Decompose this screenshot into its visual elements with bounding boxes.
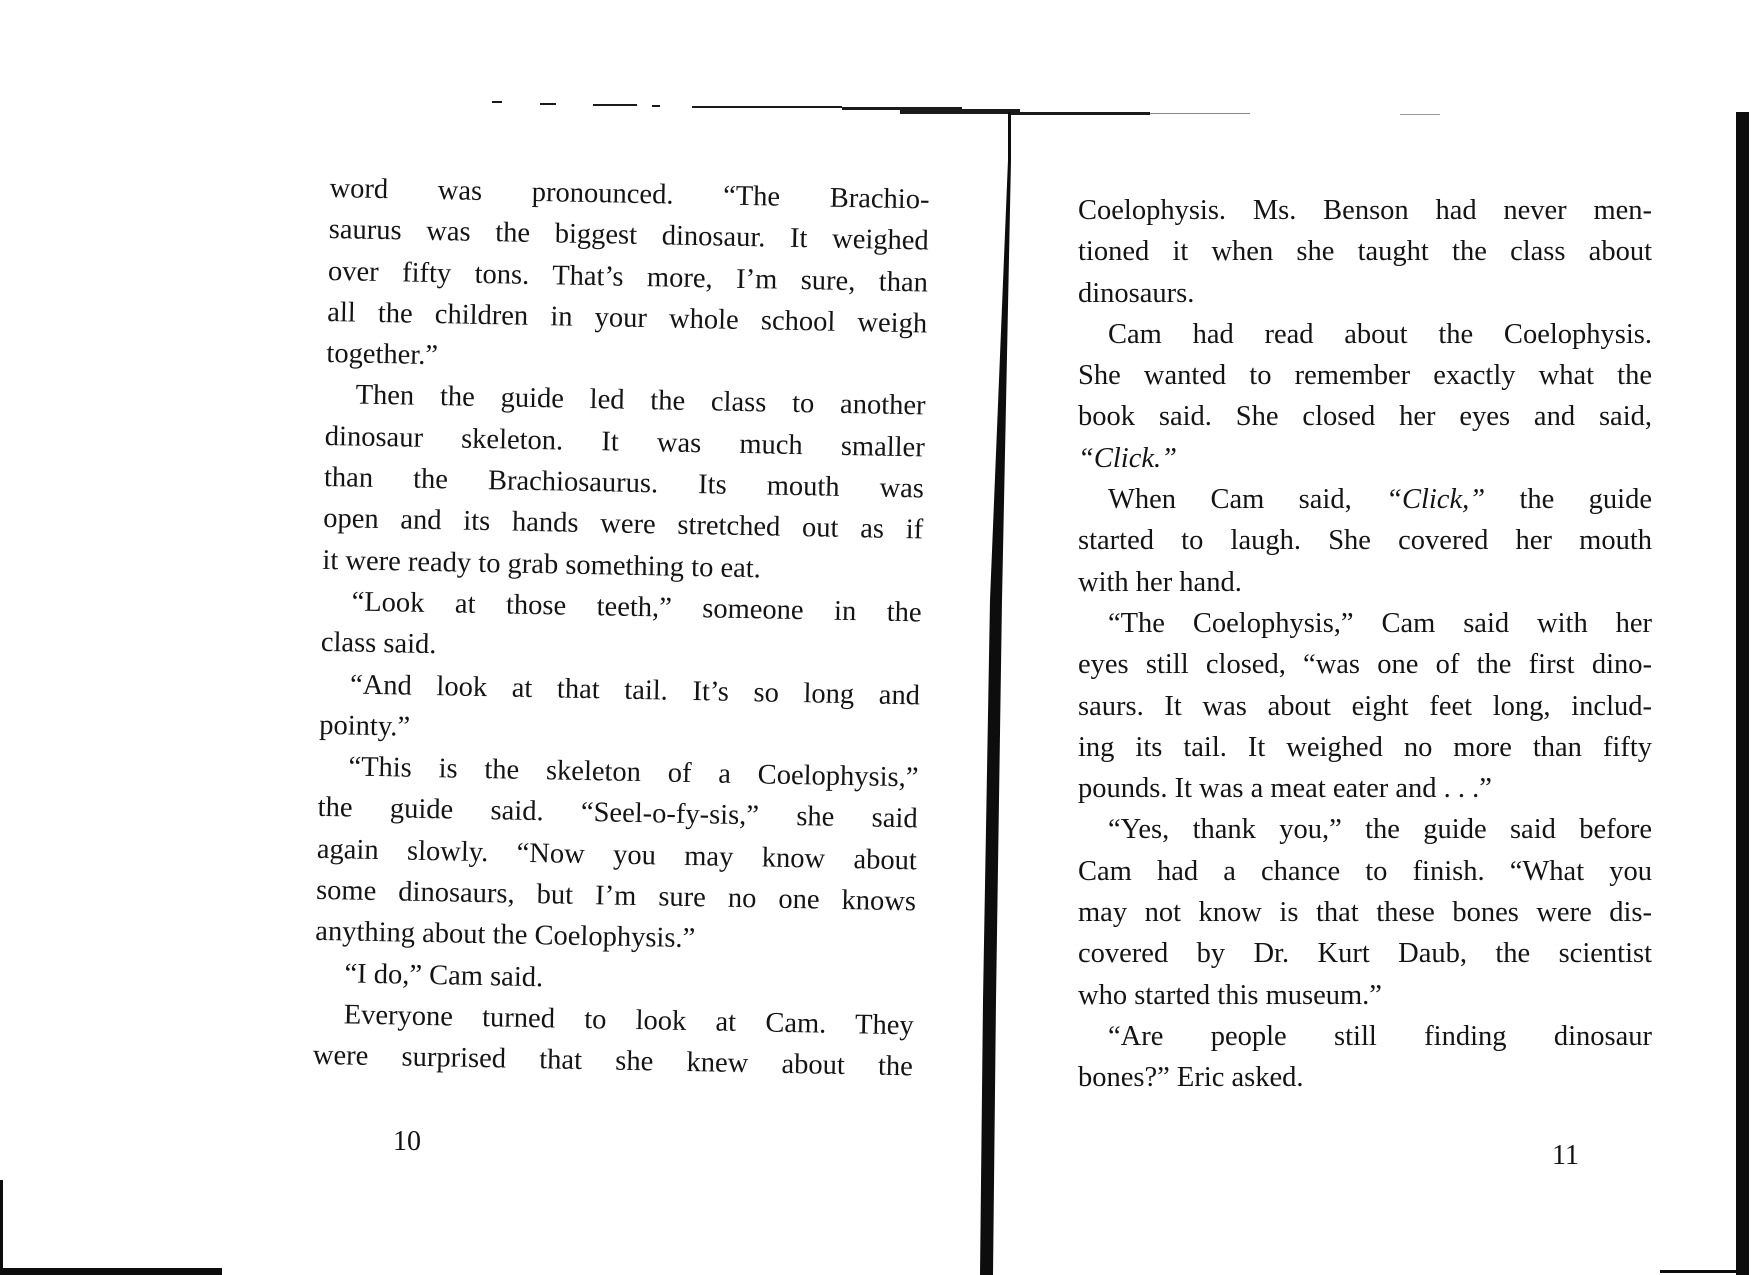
text-line: Coelophysis. Ms. Benson had never men- bbox=[1078, 190, 1652, 231]
text-line: bones?” Eric asked. bbox=[1078, 1057, 1652, 1098]
text-line: saurs. It was about eight feet long, inc… bbox=[1078, 686, 1652, 727]
text-line: “Click.” bbox=[1078, 438, 1652, 479]
text-line: When Cam said, “Click,” the guide bbox=[1078, 479, 1652, 520]
right-scan-edge bbox=[1736, 112, 1749, 1275]
text-segment: the guide bbox=[1485, 484, 1652, 515]
text-line: tioned it when she taught the class abou… bbox=[1078, 231, 1652, 272]
text-line: started to laugh. She covered her mouth bbox=[1078, 520, 1652, 561]
text-line: “Yes, thank you,” the guide said before bbox=[1078, 809, 1652, 850]
page-number-right: 11 bbox=[1552, 1140, 1579, 1172]
text-line: covered by Dr. Kurt Daub, the scientist bbox=[1078, 933, 1652, 974]
text-line: eyes still closed, “was one of the first… bbox=[1078, 644, 1652, 685]
text-line: may not know is that these bones were di… bbox=[1078, 892, 1652, 933]
text-line: She wanted to remember exactly what the bbox=[1078, 355, 1652, 396]
scanned-book-spread: word was pronounced. “The Brachio-saurus… bbox=[0, 0, 1754, 1275]
text-line: Cam had a chance to finish. “What you bbox=[1078, 851, 1652, 892]
right-page-text: Coelophysis. Ms. Benson had never men-ti… bbox=[1078, 190, 1652, 1099]
left-page-text: word was pronounced. “The Brachio-saurus… bbox=[313, 168, 930, 1088]
text-line: with her hand. bbox=[1078, 562, 1652, 603]
text-line: book said. She closed her eyes and said, bbox=[1078, 396, 1652, 437]
bottom-scan-edge bbox=[0, 1268, 222, 1275]
text-segment: When Cam said, bbox=[1108, 484, 1386, 515]
text-line: “Are people still finding dinosaur bbox=[1078, 1016, 1652, 1057]
text-line: ing its tail. It weighed no more than fi… bbox=[1078, 727, 1652, 768]
text-line: Cam had read about the Coelophysis. bbox=[1078, 314, 1652, 355]
text-line: pounds. It was a meat eater and . . .” bbox=[1078, 768, 1652, 809]
bottom-right-scan-edge bbox=[1660, 1270, 1740, 1273]
text-line: dinosaurs. bbox=[1078, 273, 1652, 314]
italic-text-segment: “Click.” bbox=[1078, 443, 1177, 474]
page-number-left: 10 bbox=[393, 1126, 421, 1158]
left-scan-edge bbox=[0, 1180, 3, 1275]
left-page: word was pronounced. “The Brachio-saurus… bbox=[313, 168, 930, 1088]
text-line: who started this museum.” bbox=[1078, 975, 1652, 1016]
right-page: Coelophysis. Ms. Benson had never men-ti… bbox=[1078, 190, 1652, 1099]
text-line: “The Coelophysis,” Cam said with her bbox=[1078, 603, 1652, 644]
italic-text-segment: “Click,” bbox=[1386, 484, 1485, 515]
